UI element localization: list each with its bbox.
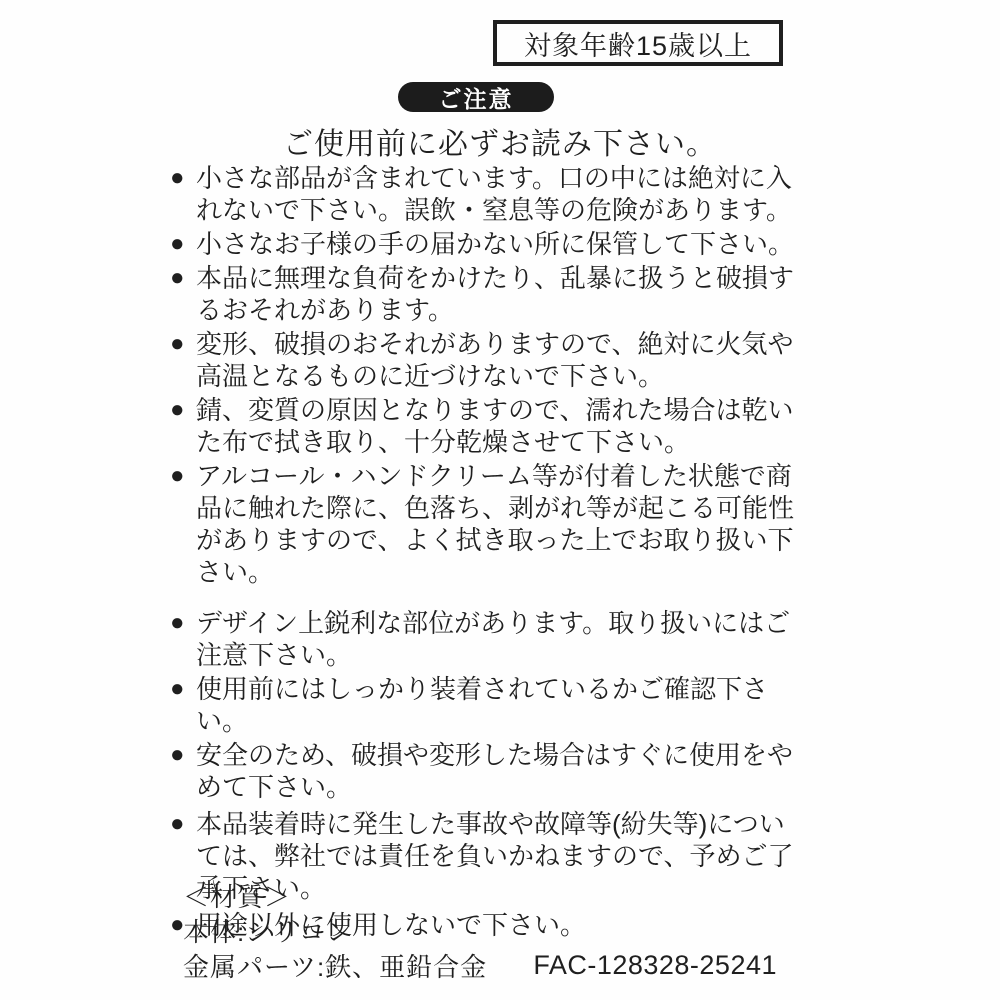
age-restriction-box: 対象年齢15歳以上	[493, 20, 783, 66]
age-restriction-label: 対象年齢15歳以上	[524, 24, 752, 63]
bullet-icon: ●	[170, 262, 196, 294]
notice-header-pill: ご注意	[398, 82, 554, 112]
warning-item-text: 安全のため、破損や変形した場合はすぐに使用をやめて下さい。	[196, 739, 806, 803]
warning-item-text: 変形、破損のおそれがありますので、絶対に火気や高温となるものに近づけないで下さい…	[196, 328, 806, 392]
bullet-icon: ●	[170, 460, 196, 492]
bullet-icon: ●	[170, 673, 196, 705]
warning-item: ● 安全のため、破損や変形した場合はすぐに使用をやめて下さい。	[170, 739, 806, 803]
warning-item-text: 錆、変質の原因となりますので、濡れた場合は乾いた布で拭き取り、十分乾燥させて下さ…	[196, 394, 806, 458]
materials-metal-line: 金属パーツ:鉄、亜鉛合金	[183, 950, 487, 985]
warning-item-text: デザイン上鋭利な部位があります。取り扱いにはご注意下さい。	[196, 607, 806, 671]
bullet-icon: ●	[170, 162, 196, 194]
warning-label-page: 対象年齢15歳以上 ご注意 ご使用前に必ずお読み下さい。 ● 小さな部品が含まれ…	[0, 0, 1000, 1000]
warning-item-text: 使用前にはしっかり装着されているかご確認下さい。	[196, 673, 806, 737]
warning-item: ● 小さなお子様の手の届かない所に保管して下さい。	[170, 228, 806, 260]
bullet-icon: ●	[170, 328, 196, 360]
warning-item: ● デザイン上鋭利な部位があります。取り扱いにはご注意下さい。	[170, 607, 806, 671]
bullet-icon: ●	[170, 739, 196, 771]
warning-list: ● 小さな部品が含まれています。口の中には絶対に入れないで下さい。誤飲・窒息等の…	[170, 162, 806, 943]
warning-item: ● アルコール・ハンドクリーム等が付着した状態で商品に触れた際に、色落ち、剥がれ…	[170, 460, 806, 588]
warning-item-text: 小さなお子様の手の届かない所に保管して下さい。	[196, 228, 806, 260]
warning-item: ● 使用前にはしっかり装着されているかご確認下さい。	[170, 673, 806, 737]
bullet-icon: ●	[170, 607, 196, 639]
product-code: FAC-128328-25241	[533, 950, 777, 981]
read-before-use-line: ご使用前に必ずお読み下さい。	[0, 119, 1000, 163]
materials-body-line: 本体:シリコン	[183, 915, 487, 950]
warning-item: ● 本品に無理な負荷をかけたり、乱暴に扱うと破損するおそれがあります。	[170, 262, 806, 326]
warning-item: ● 錆、変質の原因となりますので、濡れた場合は乾いた布で拭き取り、十分乾燥させて…	[170, 394, 806, 458]
bullet-icon: ●	[170, 394, 196, 426]
warning-item-text: アルコール・ハンドクリーム等が付着した状態で商品に触れた際に、色落ち、剥がれ等が…	[196, 460, 806, 588]
bullet-icon: ●	[170, 228, 196, 260]
materials-section: ＜材質＞ 本体:シリコン 金属パーツ:鉄、亜鉛合金	[183, 880, 487, 985]
warning-item: ● 小さな部品が含まれています。口の中には絶対に入れないで下さい。誤飲・窒息等の…	[170, 162, 806, 226]
bullet-icon: ●	[170, 808, 196, 840]
warning-item: ● 変形、破損のおそれがありますので、絶対に火気や高温となるものに近づけないで下…	[170, 328, 806, 392]
notice-header-label: ご注意	[439, 81, 514, 114]
warning-item-text: 本品に無理な負荷をかけたり、乱暴に扱うと破損するおそれがあります。	[196, 262, 806, 326]
materials-heading: ＜材質＞	[183, 880, 487, 915]
warning-item-text: 小さな部品が含まれています。口の中には絶対に入れないで下さい。誤飲・窒息等の危険…	[196, 162, 806, 226]
